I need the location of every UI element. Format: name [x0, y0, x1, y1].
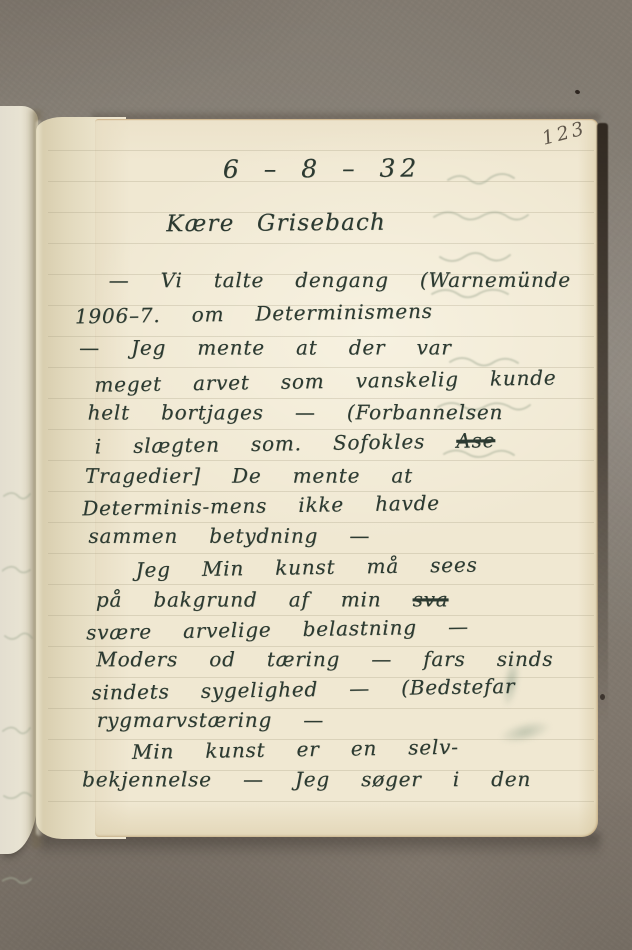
handwritten-line: Jeg Min kunst må sees [135, 553, 477, 582]
handwritten-line: svære arvelige belastning — [86, 614, 469, 644]
line-text: Tragedier] De mente at [85, 463, 413, 487]
line-text: meget arvet som vanskelig kunde [94, 365, 556, 396]
page-number: 123 [540, 117, 589, 150]
line-text: sammen betydning — [88, 524, 370, 548]
handwritten-line: Determinis-mens ikke havde [82, 491, 440, 521]
handwritten-line: Moders od tæring — fars sinds [96, 647, 553, 671]
letter-salutation: Kære Grisebach [166, 210, 386, 238]
line-text: Determinis-mens ikke havde [82, 491, 440, 521]
strikethrough-word: sva [413, 587, 449, 611]
line-text: rygmarvstæring — [97, 708, 324, 732]
handwritten-line: — Jeg mente at der var [79, 335, 452, 359]
strikethrough-word: Ase [456, 428, 495, 453]
handwritten-line: på bakgrund af min sva [96, 587, 449, 611]
handwritten-line: bekjennelse — Jeg søger i den [82, 767, 531, 791]
line-text: på bakgrund af min [96, 587, 413, 611]
handwritten-line: i slægten som. Sofokles Ase [95, 428, 496, 458]
handwritten-line: — Vi talte dengang (Warnemünde [109, 268, 571, 292]
photograph-of-notebook: 123 6 – 8 – 32 Kære Grisebach — Vi talte… [0, 0, 632, 950]
handwritten-line: sindets sygelighed — (Bedstefar [91, 674, 515, 705]
handwritten-line: meget arvet som vanskelig kunde [94, 365, 556, 396]
line-text: sindets sygelighed — (Bedstefar [91, 674, 515, 705]
handwritten-line: Min kunst er en selv- [132, 735, 459, 764]
line-text: svære arvelige belastning — [86, 614, 469, 644]
line-text: 1906–7. om Determinismens [75, 299, 433, 329]
line-text: — Jeg mente at der var [79, 335, 452, 359]
line-text: helt bortjages — (Forbannelsen [88, 400, 504, 424]
handwritten-line: Tragedier] De mente at [85, 463, 413, 487]
handwritten-line: 1906–7. om Determinismens [75, 299, 433, 329]
line-text: i slægten som. Sofokles [95, 429, 457, 459]
handwritten-line: sammen betydning — [88, 524, 370, 548]
line-text: — Vi talte dengang (Warnemünde [109, 268, 571, 292]
line-text: Moders od tæring — fars sinds [96, 647, 553, 671]
letter-date: 6 – 8 – 32 [223, 153, 422, 183]
handwritten-line: helt bortjages — (Forbannelsen [88, 400, 504, 424]
handwritten-letter: 123 6 – 8 – 32 Kære Grisebach — Vi talte… [57, 0, 624, 950]
handwritten-line: rygmarvstæring — [97, 708, 324, 732]
line-text: bekjennelse — Jeg søger i den [82, 767, 531, 791]
line-text: Jeg Min kunst må sees [135, 553, 477, 582]
gutter-highlight [36, 120, 43, 836]
line-text: Min kunst er en selv- [132, 735, 459, 764]
